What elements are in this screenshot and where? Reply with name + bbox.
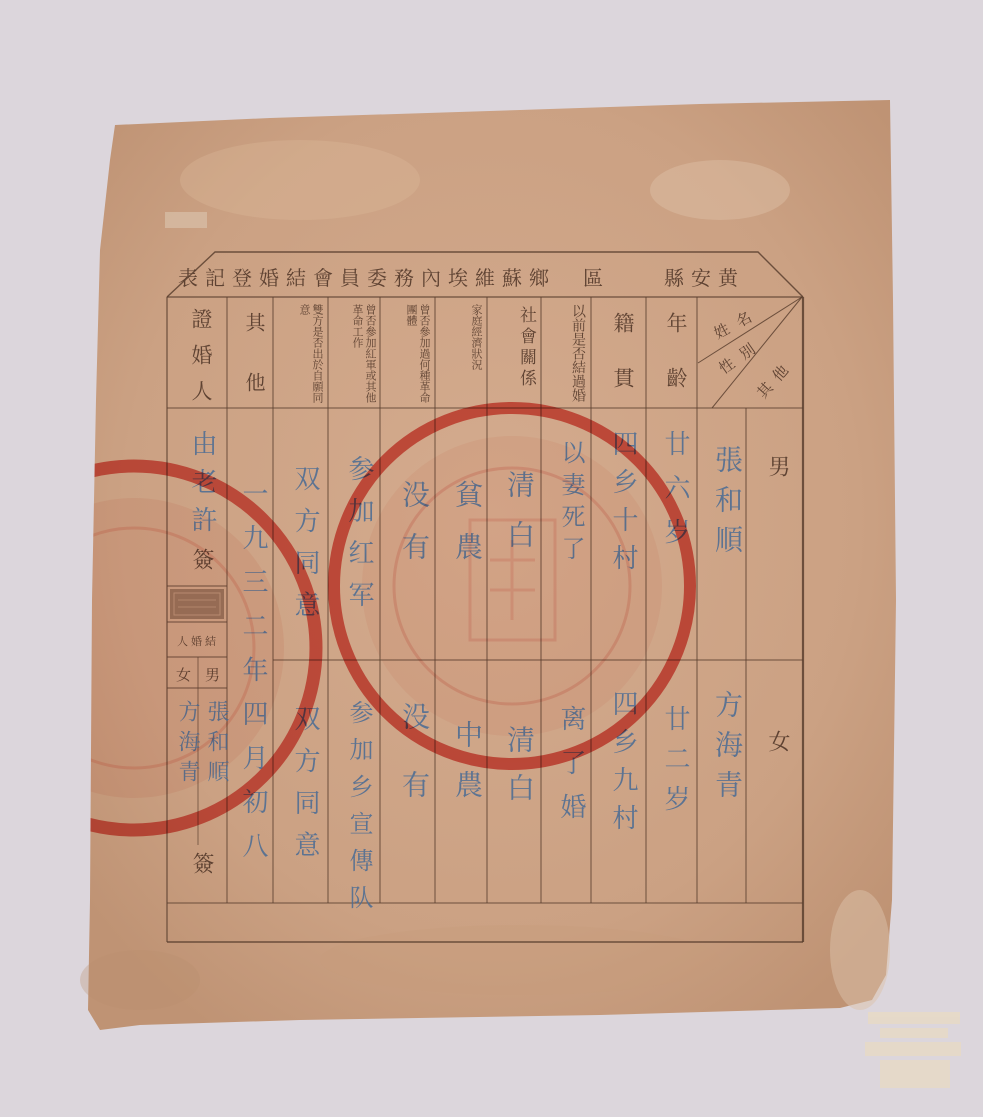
photo-frame: 黄安縣 區 鄉蘇維埃內務委員會結婚登記表 姓名 性別 其他 年齡 籍貫 以前是否… bbox=[0, 0, 983, 1117]
seal-left bbox=[0, 466, 316, 830]
red-seals bbox=[0, 0, 983, 1117]
seal-right bbox=[334, 408, 690, 764]
